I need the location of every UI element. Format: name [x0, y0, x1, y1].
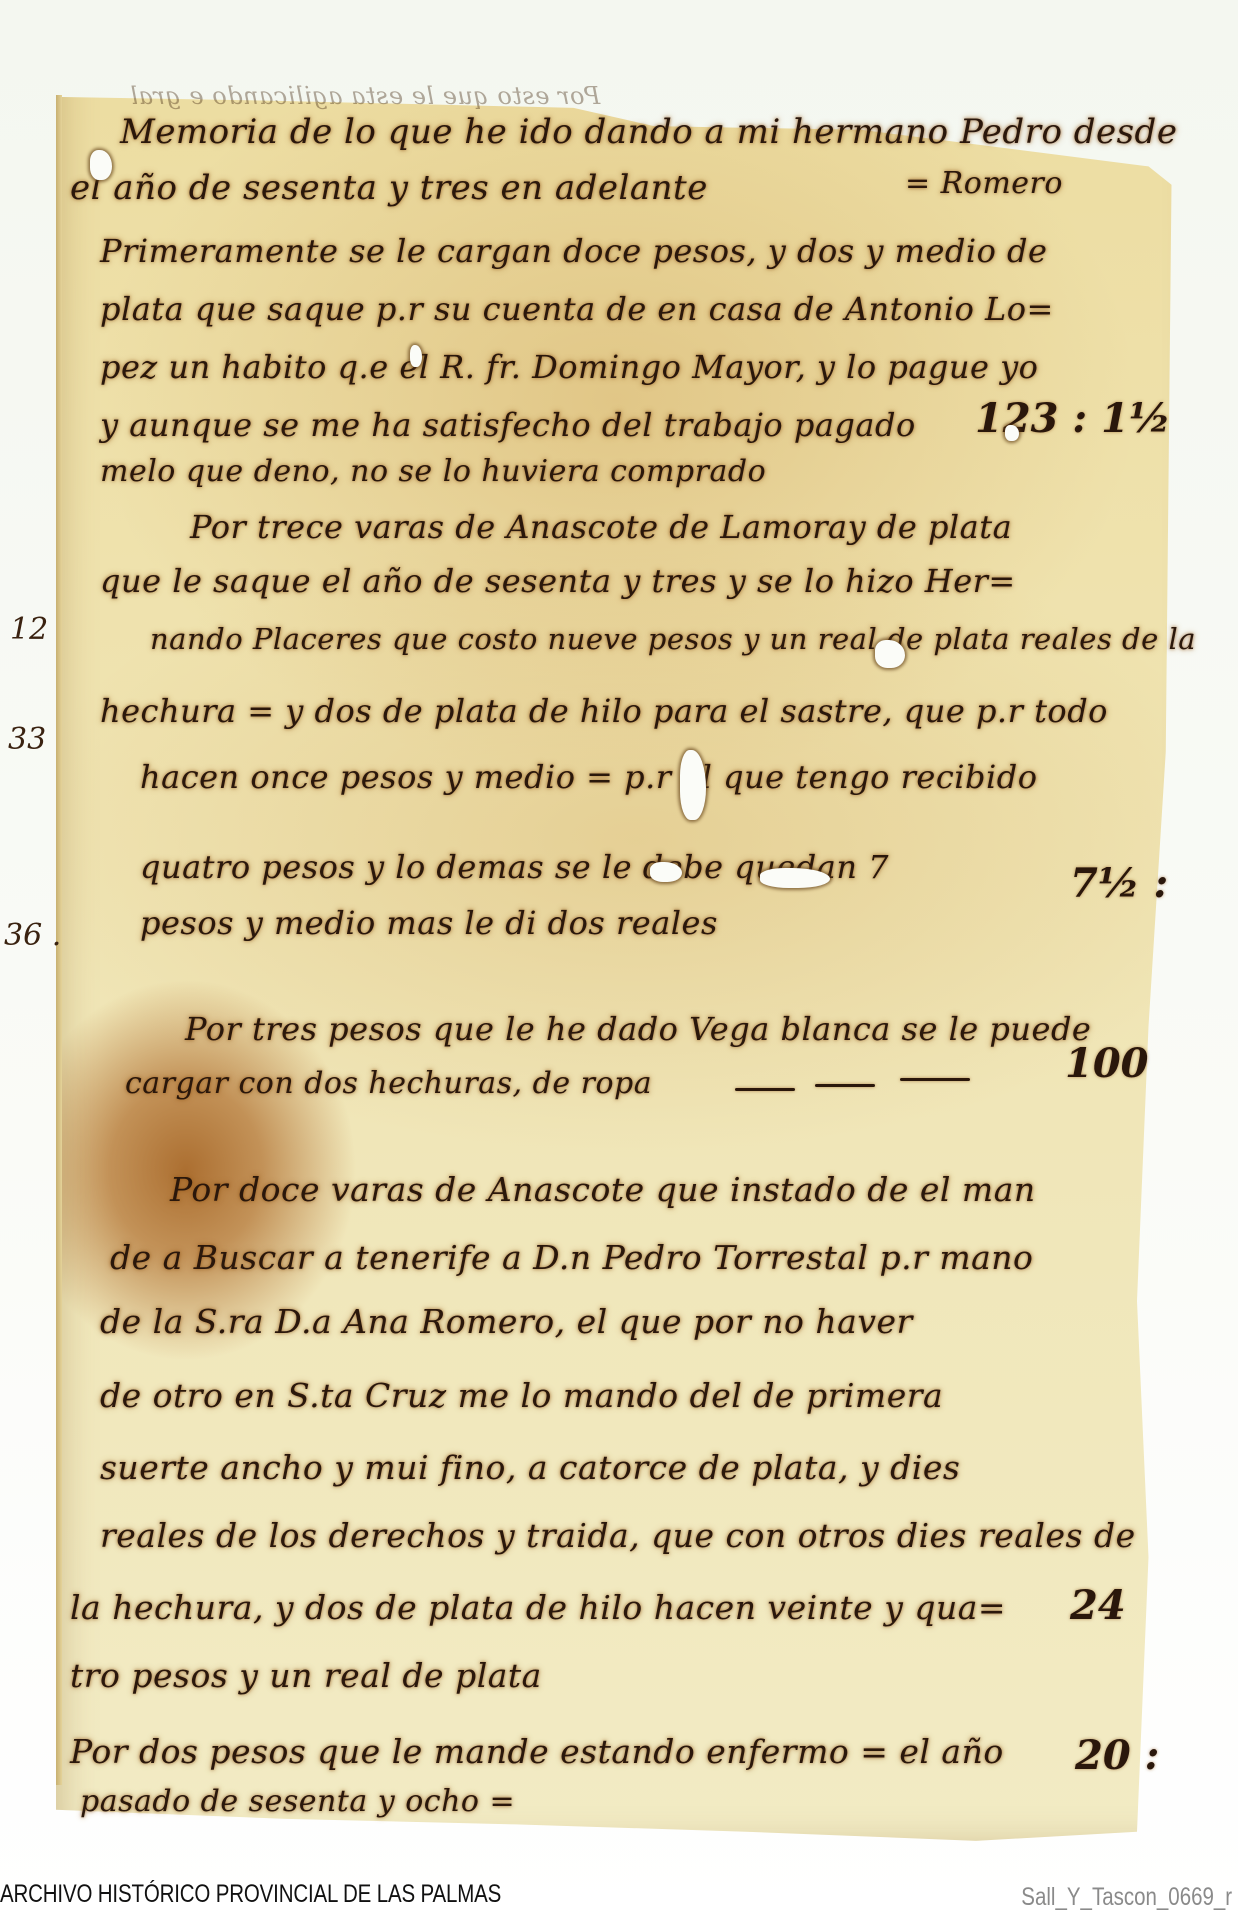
entry-4-line-5: suerte ancho y mui fino, a catorce de pl… — [100, 1448, 960, 1487]
margin-note: 33 — [8, 722, 46, 757]
bleed-through-text: Por esto que le esta agilicando e gral — [130, 82, 600, 110]
paper-hole — [90, 150, 112, 180]
paper-hole — [875, 640, 905, 668]
margin-note: 36 . — [4, 918, 61, 953]
amount-entry-5: 20 : — [1075, 1732, 1159, 1779]
title-signature: = Romero — [905, 166, 1063, 201]
entry-3-line-1: Por tres pesos que le he dado Vega blanc… — [185, 1010, 1091, 1048]
paper-hole — [1005, 425, 1019, 441]
entry-1-line-1: Primeramente se le cargan doce pesos, y … — [100, 232, 1047, 270]
entry-1-line-5: melo que deno, no se lo huviera comprado — [100, 454, 766, 489]
amount-entry-2: 7½ : — [1070, 860, 1168, 907]
file-id: Sall_Y_Tascon_0669_r — [1021, 1883, 1232, 1912]
amount-entry-4: 24 — [1070, 1582, 1126, 1629]
dash-rule — [815, 1084, 875, 1087]
paper-hole — [760, 868, 830, 888]
entry-2-line-1: Por trece varas de Anascote de Lamoray d… — [190, 508, 1012, 546]
dash-rule — [900, 1078, 970, 1081]
entry-4-line-1: Por doce varas de Anascote que instado d… — [170, 1170, 1036, 1209]
paper-hole — [650, 862, 682, 882]
entry-4-line-7: la hechura, y dos de plata de hilo hacen… — [70, 1588, 1006, 1627]
title-line-1: Memoria de lo que he ido dando a mi herm… — [120, 112, 1177, 152]
entry-5-line-2: pasado de sesenta y ocho = — [80, 1784, 515, 1819]
entry-4-line-8: tro pesos y un real de plata — [70, 1656, 542, 1695]
entry-1-line-2: plata que saque p.r su cuenta de en casa… — [100, 290, 1054, 328]
paper-hole — [410, 345, 422, 367]
entry-4-line-6: reales de los derechos y traida, que con… — [100, 1516, 1136, 1555]
entry-2-line-4: hechura = y dos de plata de hilo para el… — [100, 692, 1108, 730]
entry-2-line-7: pesos y medio mas le di dos reales — [140, 904, 718, 942]
entry-2-line-3: nando Placeres que costo nueve pesos y u… — [150, 622, 1196, 656]
archive-caption: ARCHIVO HISTÓRICO PROVINCIAL DE LAS PALM… — [0, 1880, 501, 1909]
entry-3-line-2: cargar con dos hechuras, de ropa — [125, 1066, 652, 1101]
margin-note: 12 — [10, 612, 48, 647]
entry-4-line-4: de otro en S.ta Cruz me lo mando del de … — [100, 1376, 943, 1415]
entry-5-line-1: Por dos pesos que le mande estando enfer… — [70, 1732, 1004, 1771]
entry-4-line-2: de a Buscar a tenerife a D.n Pedro Torre… — [110, 1238, 1033, 1277]
entry-4-line-3: de la S.ra D.a Ana Romero, el que por no… — [100, 1302, 913, 1341]
entry-1-line-4: y aunque se me ha satisfecho del trabajo… — [100, 406, 916, 444]
title-line-2: el año de sesenta y tres en adelante — [70, 168, 708, 208]
dash-rule — [735, 1088, 795, 1091]
entry-2-line-5: hacen once pesos y medio = p.r el que te… — [140, 758, 1037, 796]
manuscript-text: Por esto que le esta agilicando e gral M… — [0, 0, 1238, 1917]
entry-1-line-3: pez un habito q.e el R. fr. Domingo Mayo… — [100, 348, 1038, 386]
entry-2-line-2: que le saque el año de sesenta y tres y … — [100, 562, 1016, 600]
amount-entry-3: 100 — [1065, 1040, 1149, 1087]
